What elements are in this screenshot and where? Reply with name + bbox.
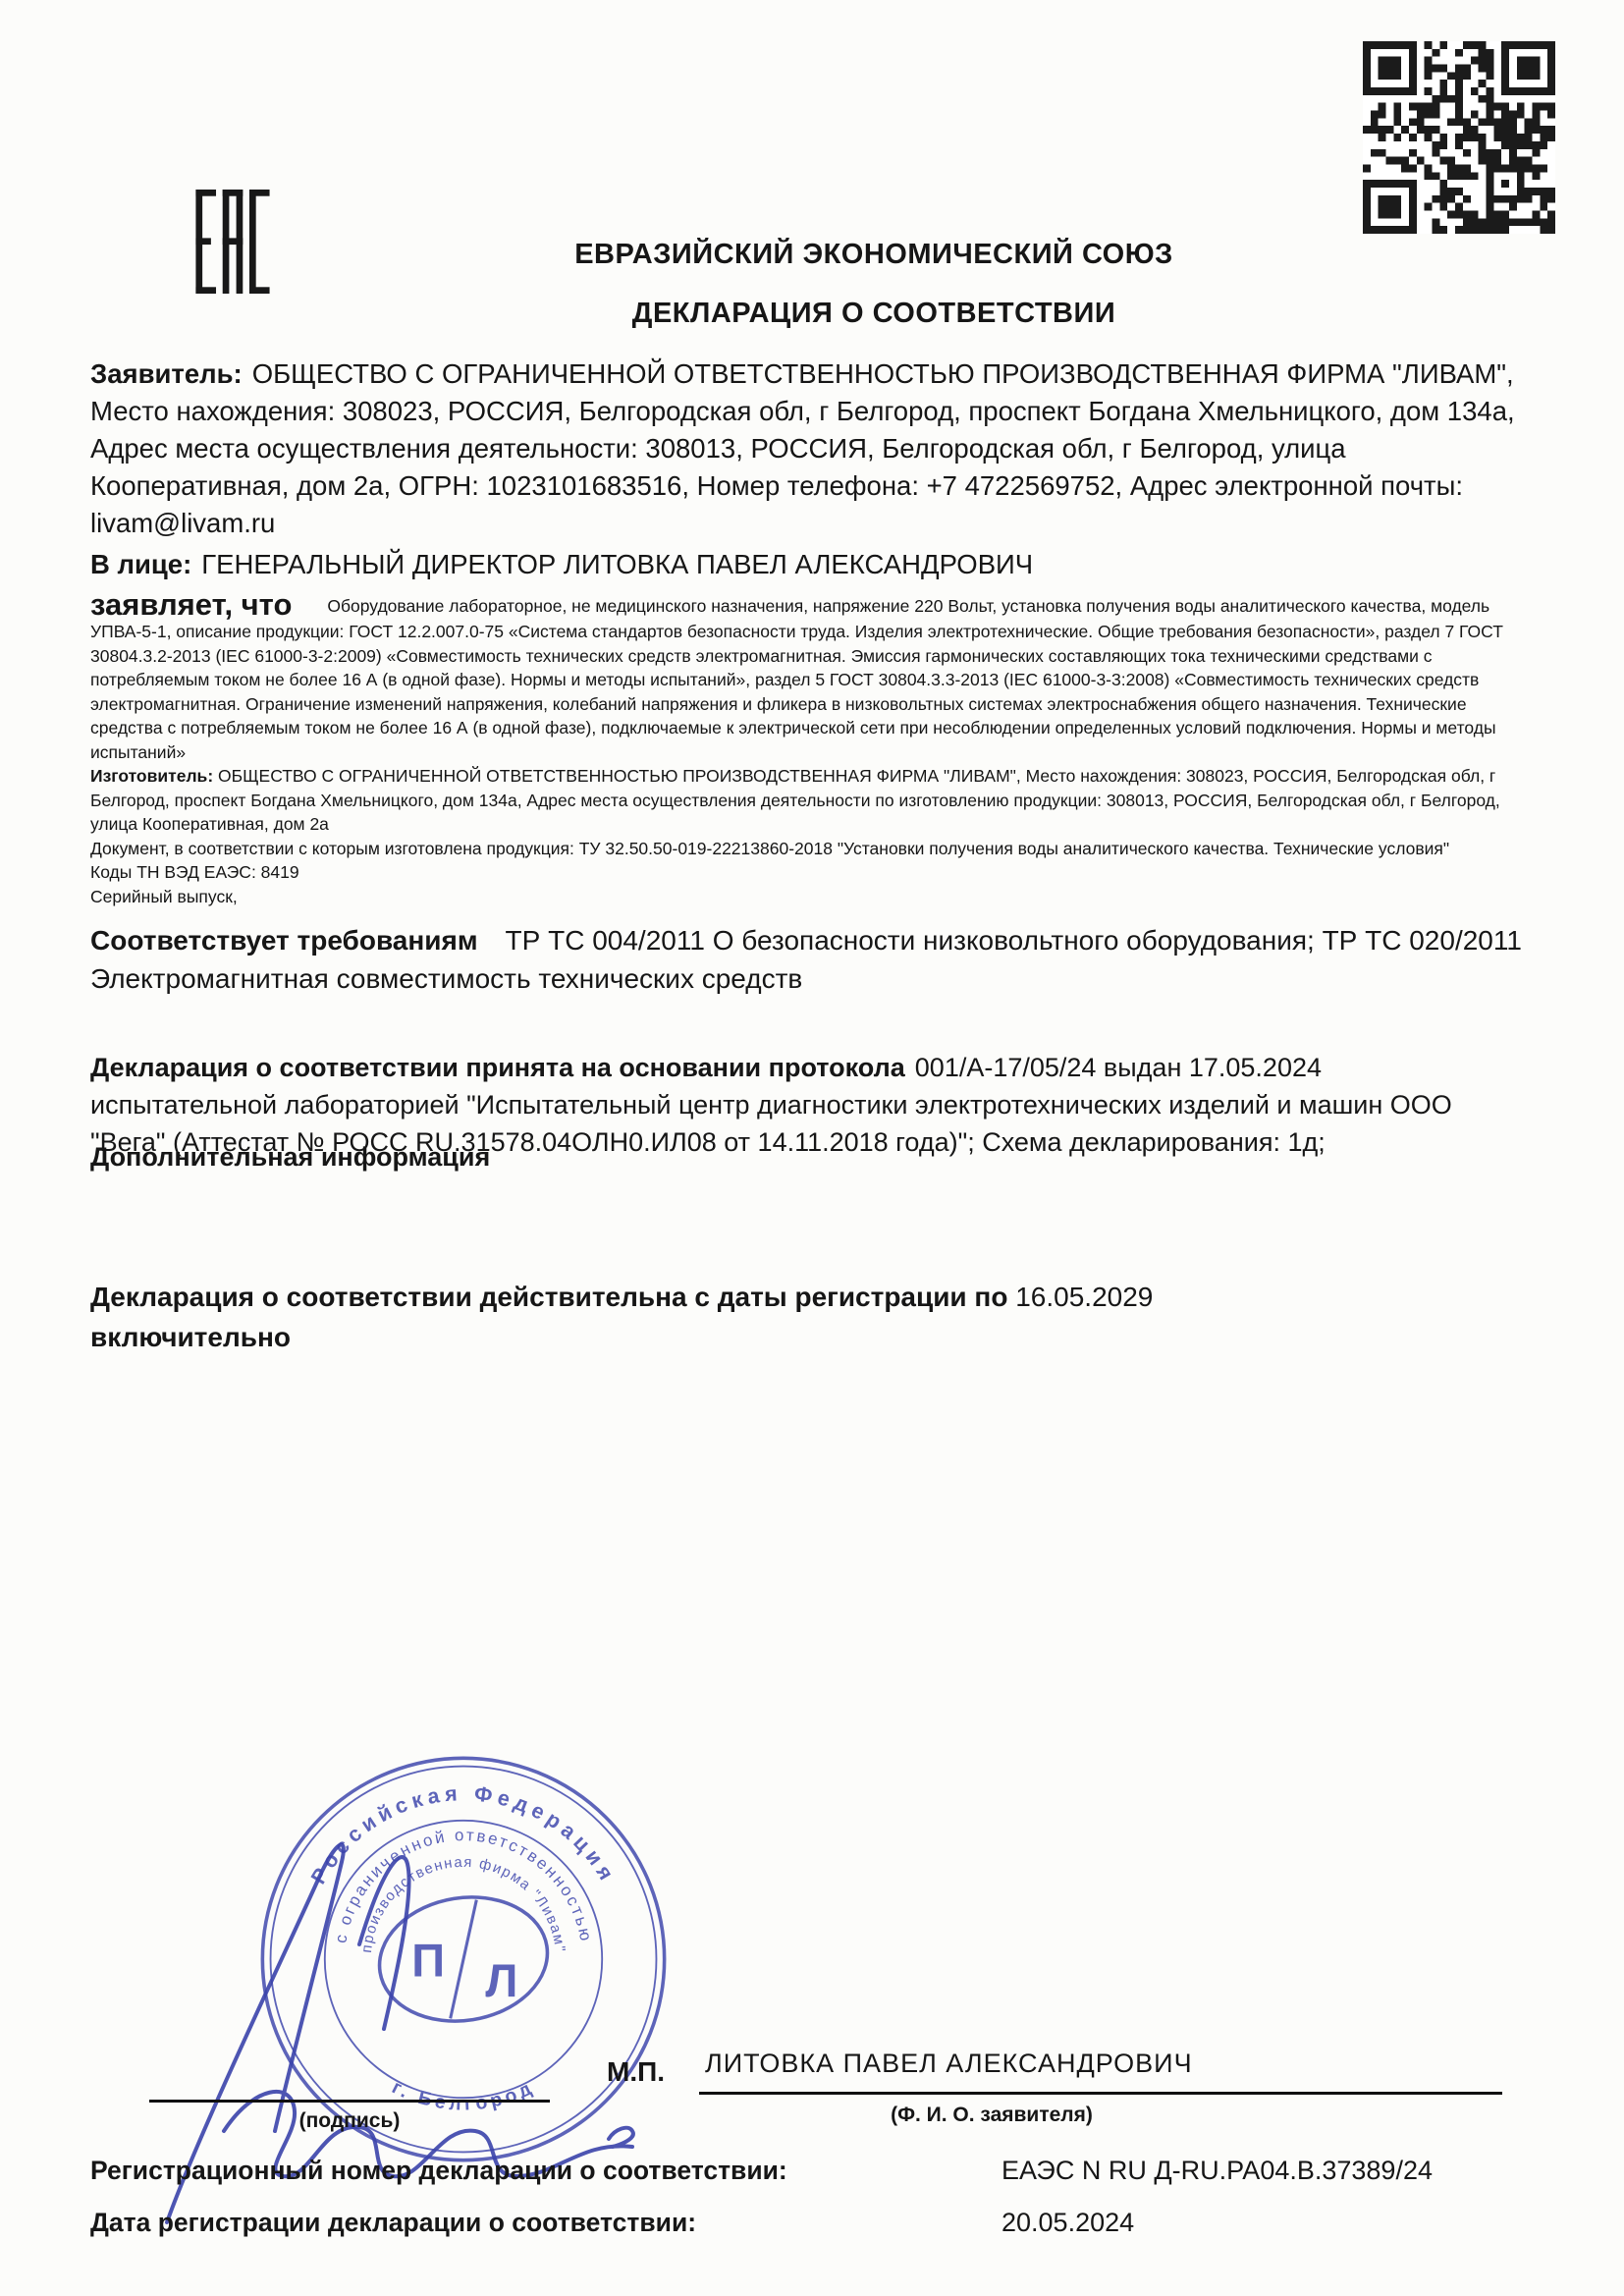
applicant-paragraph: Заявитель:ОБЩЕСТВО С ОГРАНИЧЕННОЙ ОТВЕТС… <box>90 355 1524 542</box>
product-text: Оборудование лабораторное, не медицинско… <box>90 596 1503 762</box>
eac-logo <box>194 190 271 294</box>
product-document-line: Документ, в соответствии с которым изгот… <box>90 837 1543 861</box>
basis-label: Декларация о соответствии принята на осн… <box>90 1053 905 1082</box>
manufacturer-text: ОБЩЕСТВО С ОГРАНИЧЕННОЙ ОТВЕТСТВЕННОСТЬЮ… <box>90 766 1500 834</box>
validity-paragraph: Декларация о соответствии действительна … <box>90 1277 1386 1357</box>
stamp-place-label: М.П. <box>607 2056 665 2088</box>
applicant-label: Заявитель: <box>90 358 243 389</box>
header-titles: ЕВРАЗИЙСКИЙ ЭКОНОМИЧЕСКИЙ СОЮЗ ДЕКЛАРАЦИ… <box>334 239 1414 330</box>
registration-number-label: Регистрационный номер декларации о соотв… <box>90 2156 787 2186</box>
tn-ved-line: Коды ТН ВЭД ЕАЭС: 8419 <box>90 860 1543 885</box>
validity-date: 16.05.2029 <box>1015 1282 1153 1312</box>
person-text: ГЕНЕРАЛЬНЫЙ ДИРЕКТОР ЛИТОВКА ПАВЕЛ АЛЕКС… <box>201 549 1033 579</box>
manufacturer-label: Изготовитель: <box>90 766 213 786</box>
manufacturer: Изготовитель: ОБЩЕСТВО С ОГРАНИЧЕННОЙ ОТ… <box>90 764 1543 837</box>
product-description: заявляет, чтоОборудование лабораторное, … <box>90 589 1543 764</box>
compliance-paragraph: Соответствует требованиямТР ТС 004/2011 … <box>90 921 1524 998</box>
declaration-document: ЕВРАЗИЙСКИЙ ЭКОНОМИЧЕСКИЙ СОЮЗ ДЕКЛАРАЦИ… <box>0 0 1624 2296</box>
serial-line: Серийный выпуск, <box>90 885 1543 909</box>
validity-suffix: включительно <box>90 1317 1386 1357</box>
applicant-full-name: ЛИТОВКА ПАВЕЛ АЛЕКСАНДРОВИЧ <box>705 2049 1193 2079</box>
validity-label: Декларация о соответствии действительна … <box>90 1282 1007 1312</box>
registration-number-value: ЕАЭС N RU Д-RU.РА04.В.37389/24 <box>1001 2156 1433 2186</box>
name-underline <box>699 2092 1502 2095</box>
declaration-details: заявляет, чтоОборудование лабораторное, … <box>90 589 1543 908</box>
union-title: ЕВРАЗИЙСКИЙ ЭКОНОМИЧЕСКИЙ СОЮЗ <box>334 239 1414 271</box>
name-caption: (Ф. И. О. заявителя) <box>746 2104 1237 2127</box>
applicant-text: ОБЩЕСТВО С ОГРАНИЧЕННОЙ ОТВЕТСТВЕННОСТЬЮ… <box>90 358 1515 538</box>
signature-line <box>149 2100 550 2103</box>
additional-info-label: Дополнительная информация <box>90 1142 1465 1173</box>
compliance-label: Соответствует требованиям <box>90 925 478 956</box>
signature-caption: (подпись) <box>149 2109 550 2133</box>
person-label: В лице: <box>90 549 191 579</box>
person-paragraph: В лице:ГЕНЕРАЛЬНЫЙ ДИРЕКТОР ЛИТОВКА ПАВЕ… <box>90 546 1524 583</box>
registration-date-label: Дата регистрации декларации о соответств… <box>90 2208 696 2238</box>
declares-label: заявляет, что <box>90 587 292 622</box>
registration-date-value: 20.05.2024 <box>1001 2208 1134 2238</box>
document-title: ДЕКЛАРАЦИЯ О СООТВЕТСТВИИ <box>334 298 1414 330</box>
qr-code <box>1363 41 1555 234</box>
